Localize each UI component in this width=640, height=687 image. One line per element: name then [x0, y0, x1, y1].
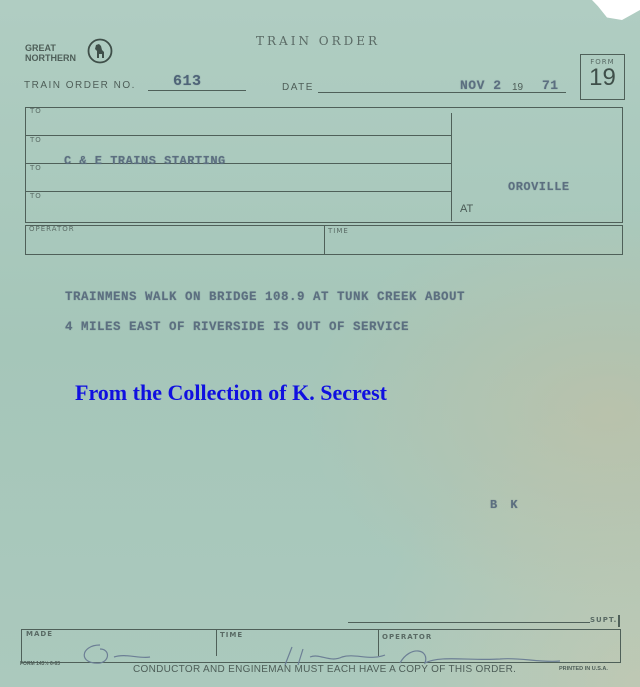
railroad-name-line1: GREAT — [25, 43, 76, 53]
date-label: DATE — [282, 82, 314, 93]
form-number-box: FORM 19 — [580, 54, 625, 100]
railroad-name-line2: NORTHERN — [25, 53, 76, 63]
date-month-day[interactable]: NOV 2 — [460, 78, 502, 93]
date-century: 19 — [512, 82, 523, 93]
printed-in-usa: PRINTED IN U.S.A. — [559, 666, 608, 672]
torn-corner — [580, 0, 640, 25]
at-value[interactable]: OROVILLE — [508, 180, 570, 194]
to-label-2: TO — [30, 136, 42, 144]
to-label-1: TO — [30, 107, 42, 115]
page-title: TRAIN ORDER — [256, 34, 380, 48]
railroad-name: GREAT NORTHERN — [25, 43, 76, 63]
to-value-3[interactable]: C & E TRAINS STARTING — [64, 154, 226, 168]
train-order-number[interactable]: 613 — [173, 73, 202, 90]
supt-label: SUPT. — [590, 616, 617, 624]
train-order-no-label: TRAIN ORDER NO. — [24, 80, 136, 91]
to-label-3: TO — [30, 164, 42, 172]
form-code: FORM 143½ 6-63 — [20, 661, 60, 667]
date-year[interactable]: 71 — [542, 78, 559, 93]
time-label: TIME — [328, 227, 349, 235]
collection-watermark: From the Collection of K. Secrest — [75, 380, 387, 406]
at-label: AT — [460, 203, 473, 215]
order-text-line-1: TRAINMENS WALK ON BRIDGE 108.9 AT TUNK C… — [65, 290, 465, 304]
signature-initials: B K — [490, 498, 521, 512]
order-text-line-2: 4 MILES EAST OF RIVERSIDE IS OUT OF SERV… — [65, 320, 409, 334]
operator-label: OPERATOR — [29, 225, 75, 233]
copy-instruction: CONDUCTOR AND ENGINEMAN MUST EACH HAVE A… — [133, 664, 516, 675]
form-number: 19 — [581, 66, 624, 90]
made-label: MADE — [26, 630, 53, 638]
to-label-4: TO — [30, 192, 42, 200]
mountain-goat-icon — [87, 38, 113, 64]
